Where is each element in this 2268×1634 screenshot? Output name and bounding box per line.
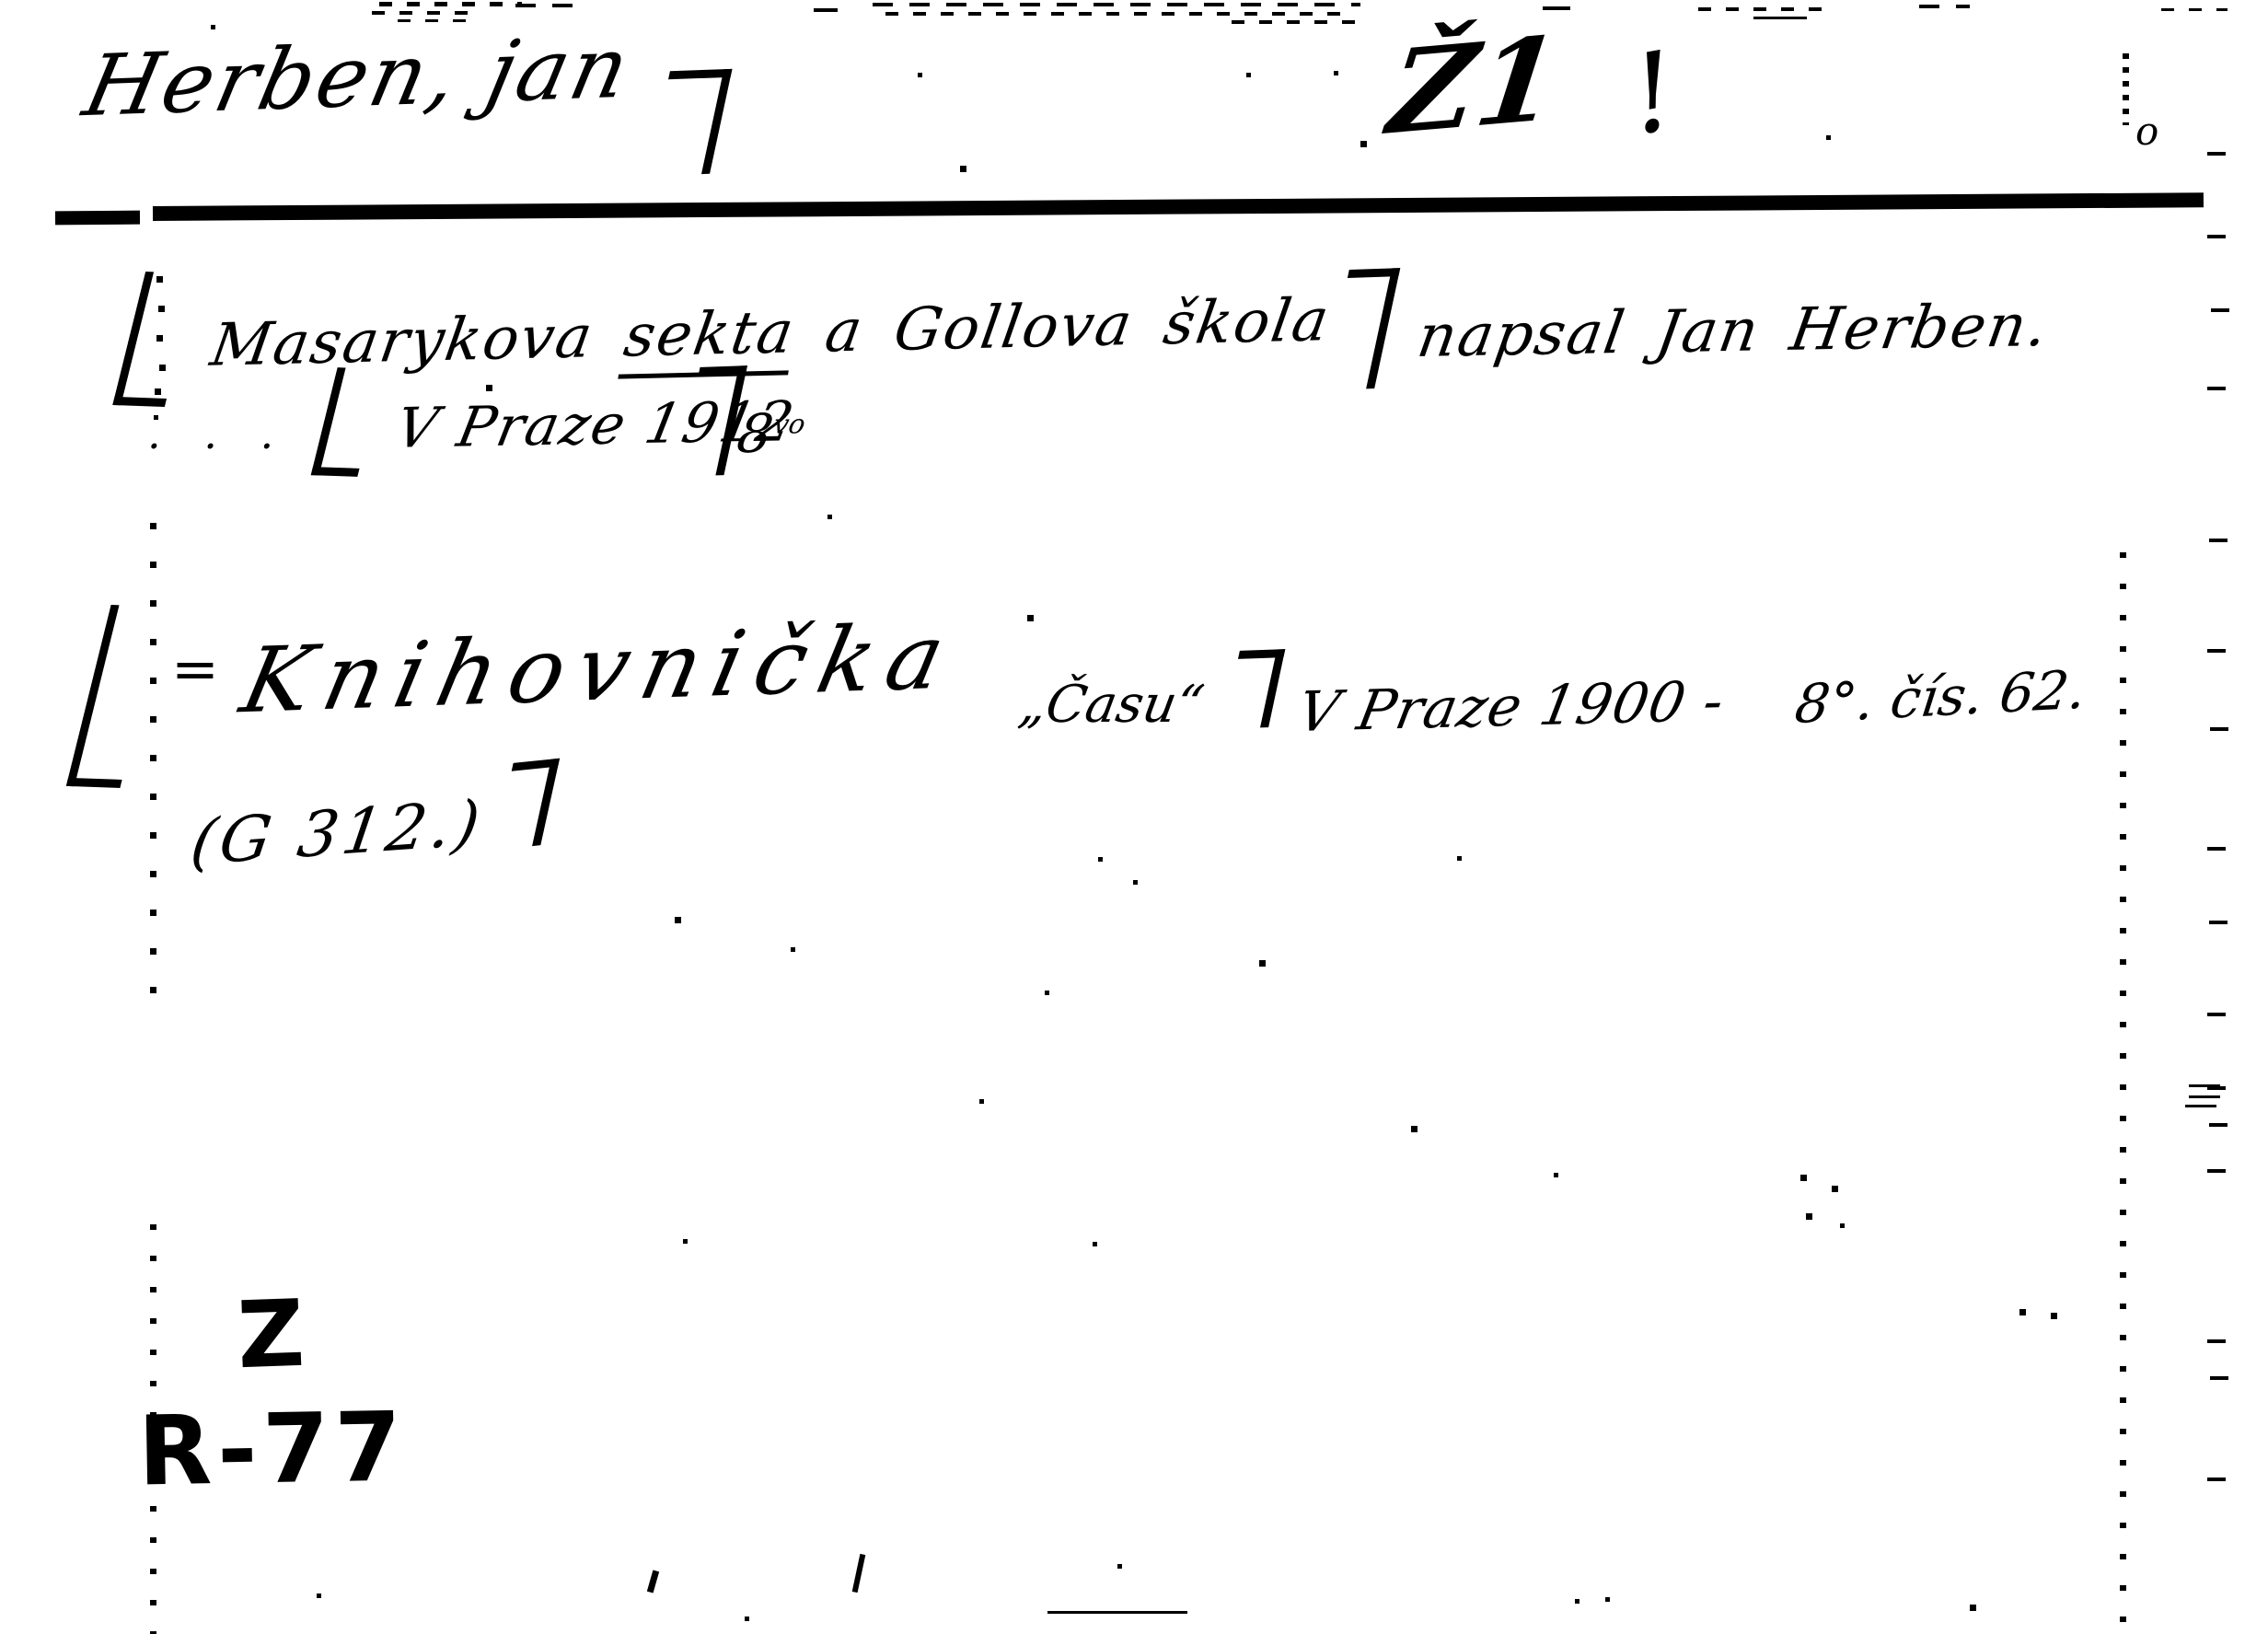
scan-noise-top [814,8,838,12]
format-superscript: vo [771,409,808,440]
corner-mark-close [648,69,733,176]
scan-noise-top [379,2,522,6]
scan-noise-top [1232,20,1360,24]
punch-dots-left [150,1224,156,1634]
title-proper: Masarykova sekta a Gollova škola [207,291,1335,375]
corner-digit: o [2135,112,2158,151]
series-number: 8°. čís. 62. [1792,663,2089,731]
edge-dash-cluster [2189,1084,2220,1087]
series-place-date: V Praze 1900 - [1293,674,1729,740]
header-rule [55,211,140,226]
header-rule [153,192,2204,221]
scan-noise-top [515,4,585,7]
scan-noise-top [885,12,1346,16]
series-title: Knihovnička [234,612,965,727]
leader-dots: . . . . [147,412,344,455]
title-part2: a Gollova škola [789,286,1335,366]
punch-dots-left [150,523,156,1020]
reference-number: (G 312.) [187,793,487,875]
scan-noise-bottom [647,1570,659,1593]
corner-mark-close [1324,268,1401,390]
stamp-letter: Z [236,1288,306,1382]
scan-noise-top [398,19,469,22]
scan-noise-top [1698,7,1836,11]
scan-specks [0,0,3,3]
author-heading: Herben, jan [77,26,639,129]
scan-noise-bottom [852,1554,866,1593]
scan-noise-top [1753,17,1807,19]
scan-noise-bottom [1047,1611,1187,1614]
edge-dots-right-top [2123,53,2129,125]
series-subtitle: „Času“ [1015,679,1208,731]
scan-noise-top [372,11,480,15]
scan-noise-top [1919,5,1970,8]
catalog-card-scan: Herben, jan Ž1 ! o Masarykova sekta a Go… [0,0,2268,1634]
corner-mark-close [1223,649,1286,729]
classification-mark: Ž1 [1383,20,1566,150]
scan-noise-top [2161,8,2227,11]
statement-of-responsibility: napsal Jan Herben. [1414,296,2053,366]
edge-dashes-far-right [2207,152,2226,156]
corner-mark-open [112,272,197,407]
corner-mark-close [494,759,560,851]
imprint-format: 8vo [734,407,808,460]
edge-dots-right [2120,552,2126,1634]
series-equals: = [171,641,219,698]
exclamation-mark: ! [1622,36,1684,150]
title-part1: Masarykova [206,303,630,380]
scan-noise-top [1543,6,1570,10]
call-number: R-77 [137,1398,408,1499]
scan-noise-top [873,3,1360,6]
